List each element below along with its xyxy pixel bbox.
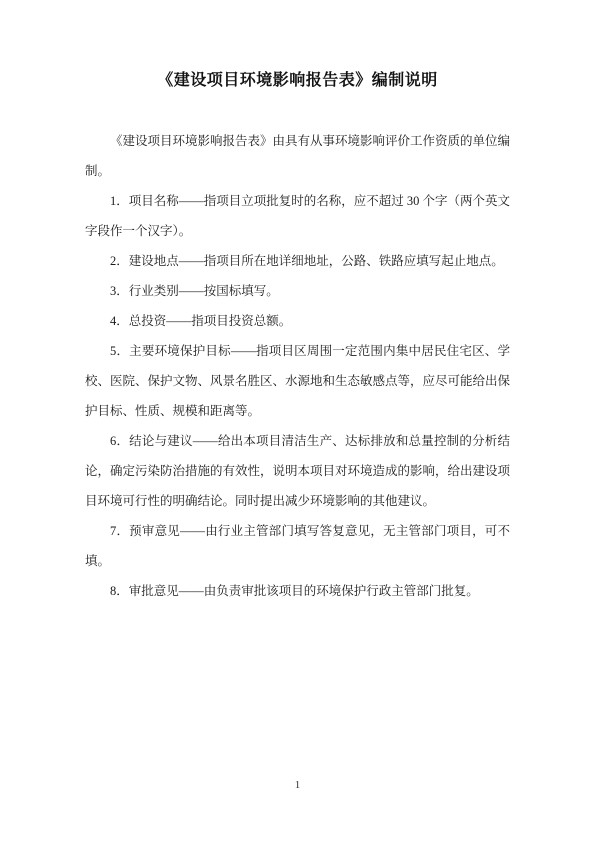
document-page: 《建设项目环境影响报告表》编制说明 《建设项目环境影响报告表》由具有从事环境影响… [0, 0, 595, 841]
paragraph-item-4: 4．总投资——指项目投资总额。 [85, 306, 510, 336]
paragraph-item-6: 6．结论与建议——给出本项目清洁生产、达标排放和总量控制的分析结论，确定污染防治… [85, 426, 510, 516]
paragraph-item-3: 3．行业类别——按国标填写。 [85, 276, 510, 306]
paragraph-item-8: 8．审批意见——由负责审批该项目的环境保护行政主管部门批复。 [85, 576, 510, 606]
paragraph-intro: 《建设项目环境影响报告表》由具有从事环境影响评价工作资质的单位编制。 [85, 126, 510, 186]
paragraph-item-2: 2．建设地点——指项目所在地详细地址，公路、铁路应填写起止地点。 [85, 246, 510, 276]
paragraph-item-7: 7．预审意见——由行业主管部门填写答复意见，无主管部门项目，可不填。 [85, 516, 510, 576]
paragraph-item-5: 5．主要环境保护目标——指项目区周围一定范围内集中居民住宅区、学校、医院、保护文… [85, 336, 510, 426]
paragraph-item-1: 1．项目名称——指项目立项批复时的名称，应不超过 30 个字（两个英文字段作一个… [85, 186, 510, 246]
document-content: 《建设项目环境影响报告表》编制说明 《建设项目环境影响报告表》由具有从事环境影响… [85, 70, 510, 606]
document-title: 《建设项目环境影响报告表》编制说明 [85, 70, 510, 92]
page-number: 1 [0, 778, 595, 792]
